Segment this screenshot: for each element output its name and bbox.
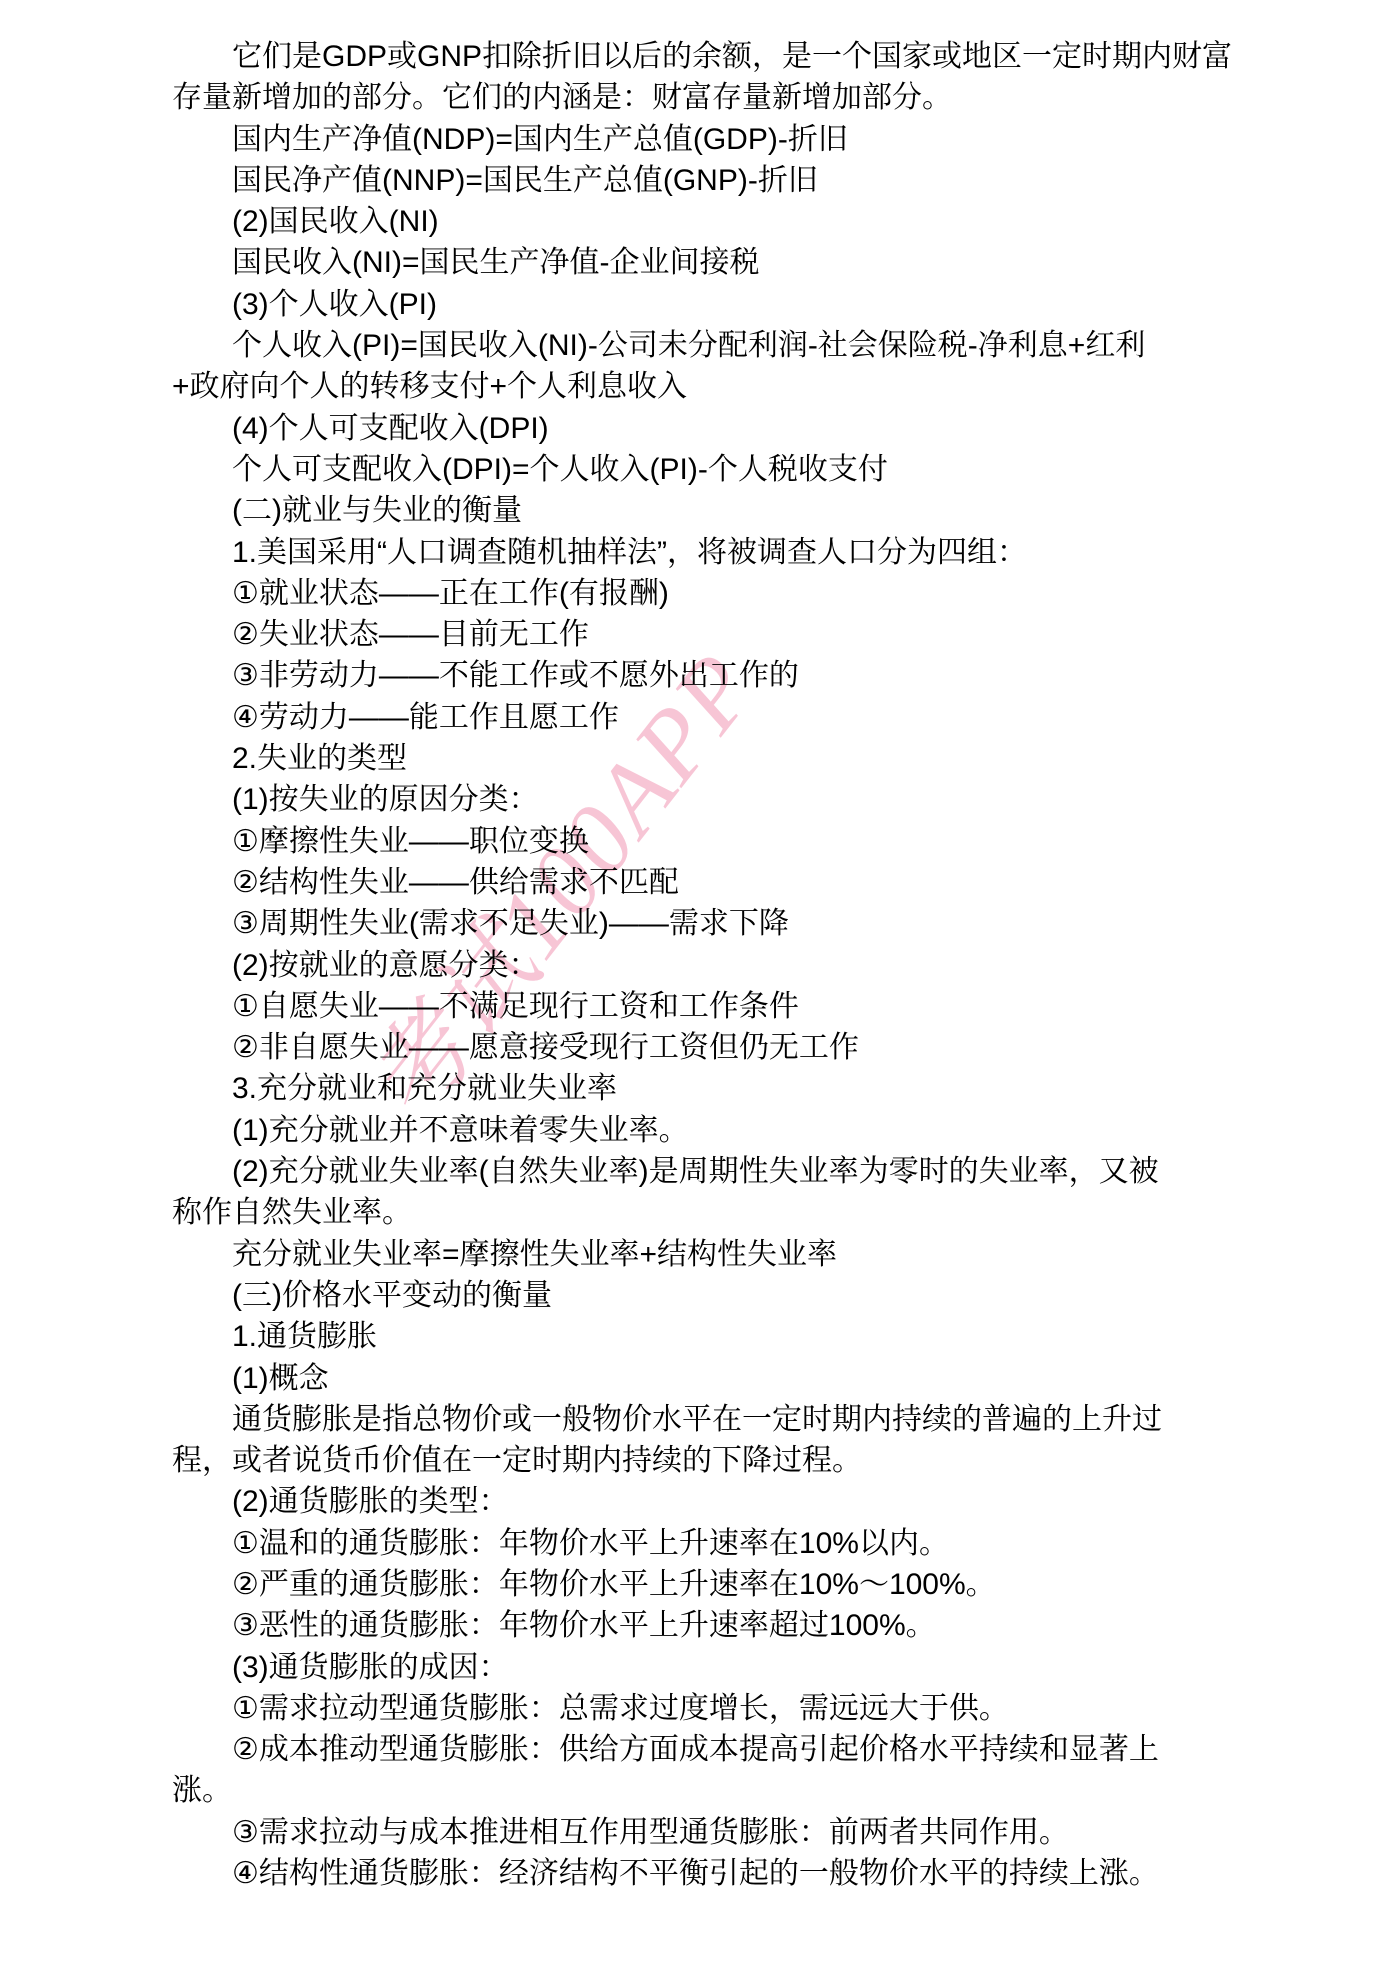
document-line: (1)按失业的原因分类： [172,779,1218,820]
document-line: (2)按就业的意愿分类： [172,945,1218,986]
document-line: +政府向个人的转移支付+个人利息收入 [172,366,1218,407]
document-line: ①自愿失业——不满足现行工资和工作条件 [172,986,1218,1027]
document-line: ②结构性失业——供给需求不匹配 [172,862,1218,903]
document-line: ①温和的通货膨胀：年物价水平上升速率在10%以内。 [172,1523,1218,1564]
document-line: ③需求拉动与成本推进相互作用型通货膨胀：前两者共同作用。 [172,1812,1218,1853]
document-line: 称作自然失业率。 [172,1192,1218,1233]
document-line: ④结构性通货膨胀：经济结构不平衡引起的一般物价水平的持续上涨。 [172,1853,1218,1894]
document-line: 程，或者说货币价值在一定时期内持续的下降过程。 [172,1440,1218,1481]
document-line: ④劳动力——能工作且愿工作 [172,697,1218,738]
document-line: 通货膨胀是指总物价或一般物价水平在一定时期内持续的普遍的上升过 [172,1399,1218,1440]
document-line: ②成本推动型通货膨胀：供给方面成本提高引起价格水平持续和显著上 [172,1729,1218,1770]
document-line: 国内生产净值(NDP)=国内生产总值(GDP)-折旧 [172,119,1218,160]
document-line: ②严重的通货膨胀：年物价水平上升速率在10%～100%。 [172,1564,1218,1605]
document-body: 它们是GDP或GNP扣除折旧以后的余额，是一个国家或地区一定时期内财富存量新增加… [172,36,1218,1894]
document-line: ②失业状态——目前无工作 [172,614,1218,655]
document-line: ①就业状态——正在工作(有报酬) [172,573,1218,614]
document-line: (三)价格水平变动的衡量 [172,1275,1218,1316]
document-line: 个人可支配收入(DPI)=个人收入(PI)-个人税收支付 [172,449,1218,490]
document-line: (1)充分就业并不意味着零失业率。 [172,1110,1218,1151]
document-line: ③恶性的通货膨胀：年物价水平上升速率超过100%。 [172,1605,1218,1646]
document-line: (3)通货膨胀的成因： [172,1647,1218,1688]
document-line: 1.美国采用“人口调查随机抽样法”，将被调查人口分为四组： [172,532,1218,573]
document-line: 它们是GDP或GNP扣除折旧以后的余额，是一个国家或地区一定时期内财富 [172,36,1218,77]
document-line: ②非自愿失业——愿意接受现行工资但仍无工作 [172,1027,1218,1068]
document-line: (4)个人可支配收入(DPI) [172,408,1218,449]
document-line: ③非劳动力——不能工作或不愿外出工作的 [172,655,1218,696]
document-line: 2.失业的类型 [172,738,1218,779]
document-line: 国民净产值(NNP)=国民生产总值(GNP)-折旧 [172,160,1218,201]
document-line: ①摩擦性失业——职位变换 [172,821,1218,862]
document-page: 考试100APP 它们是GDP或GNP扣除折旧以后的余额，是一个国家或地区一定时… [0,0,1388,1965]
document-line: (2)通货膨胀的类型： [172,1481,1218,1522]
document-line: (3)个人收入(PI) [172,284,1218,325]
document-line: 国民收入(NI)=国民生产净值-企业间接税 [172,242,1218,283]
document-line: (二)就业与失业的衡量 [172,490,1218,531]
document-line: ①需求拉动型通货膨胀：总需求过度增长，需远远大于供。 [172,1688,1218,1729]
document-line: (1)概念 [172,1358,1218,1399]
document-line: 存量新增加的部分。它们的内涵是：财富存量新增加部分。 [172,77,1218,118]
document-line: 个人收入(PI)=国民收入(NI)-公司未分配利润-社会保险税-净利息+红利 [172,325,1218,366]
document-line: (2)充分就业失业率(自然失业率)是周期性失业率为零时的失业率，又被 [172,1151,1218,1192]
document-line: 充分就业失业率=摩擦性失业率+结构性失业率 [172,1234,1218,1275]
document-line: 涨。 [172,1770,1218,1811]
document-line: 1.通货膨胀 [172,1316,1218,1357]
document-line: ③周期性失业(需求不足失业)——需求下降 [172,903,1218,944]
document-line: (2)国民收入(NI) [172,201,1218,242]
document-line: 3.充分就业和充分就业失业率 [172,1068,1218,1109]
